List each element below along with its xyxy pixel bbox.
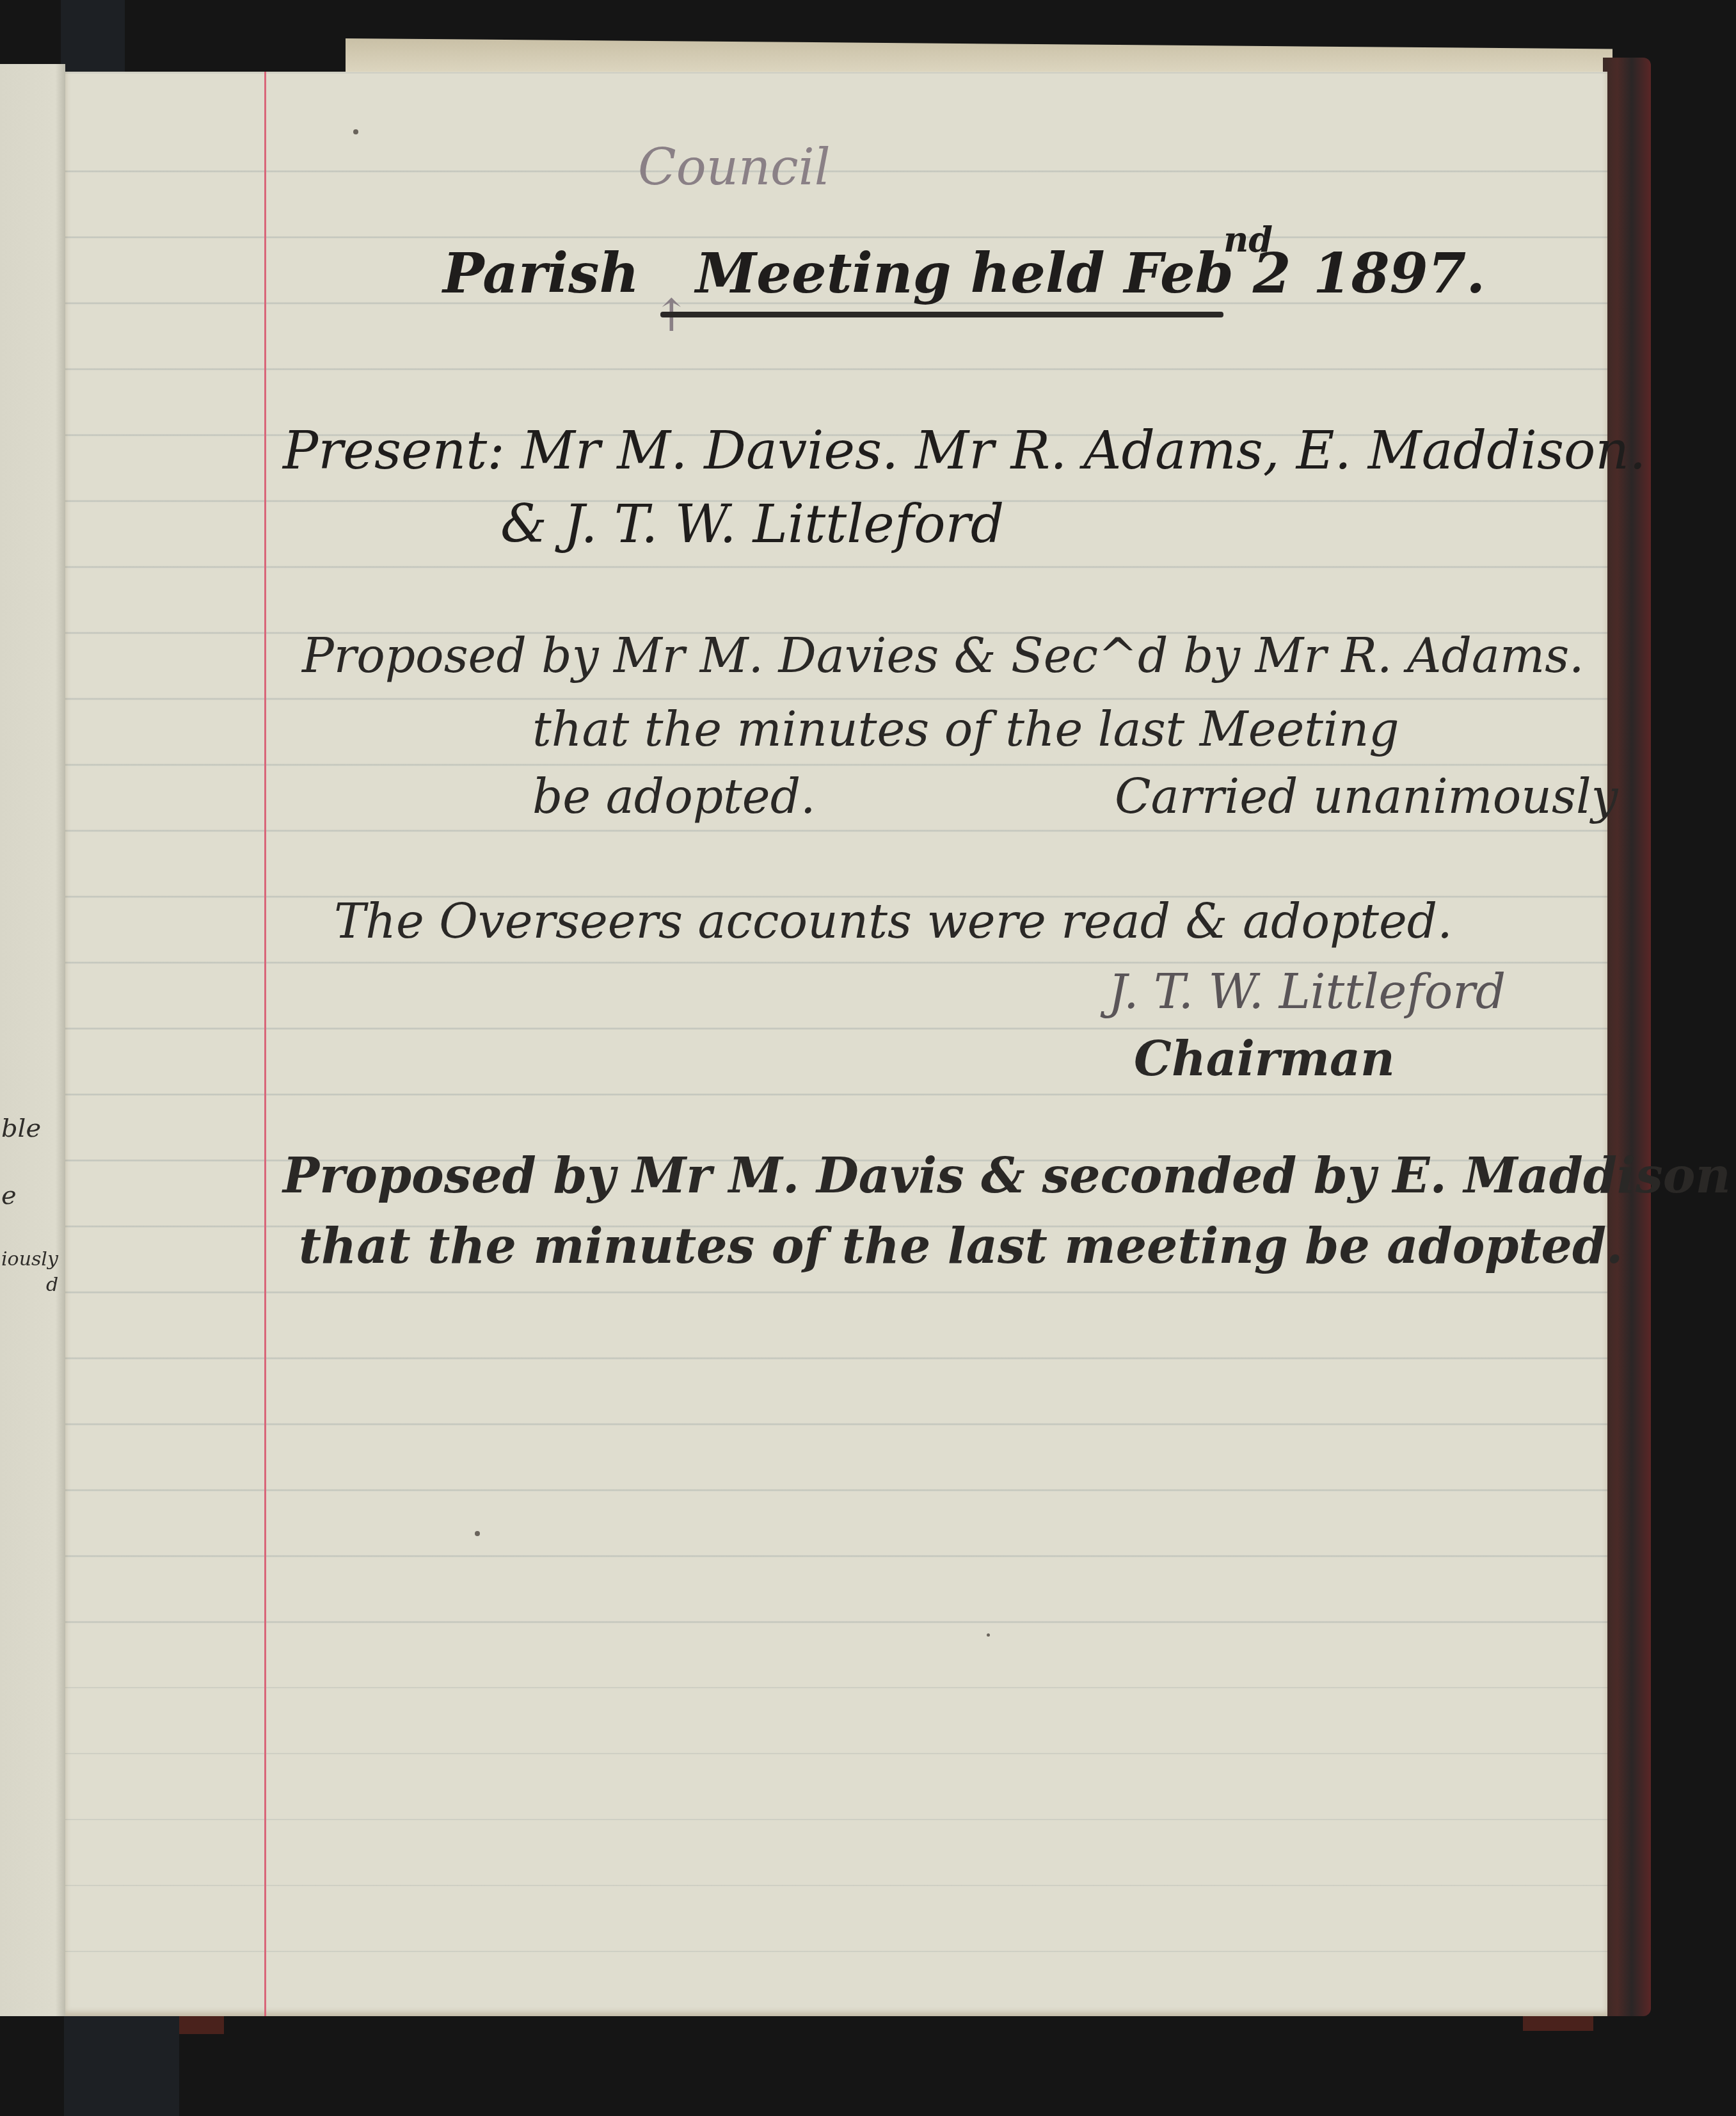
heading-ordinal: nd xyxy=(1223,219,1273,260)
binding-strip-left xyxy=(61,0,125,77)
heading-year: 1897. xyxy=(1313,241,1485,306)
chairman-title: Chairman xyxy=(1134,1032,1395,1087)
book-cover-right-edge xyxy=(1603,58,1651,2016)
left-fragment-3: iously xyxy=(1,1248,58,1270)
page-top-edge xyxy=(346,38,1613,74)
cover-bottom-left xyxy=(179,2016,224,2034)
resolution-1-outcome: Carried unanimously xyxy=(1115,769,1618,824)
heading-parish: Parish xyxy=(443,241,639,306)
present-line-2: & J. T. W. Littleford xyxy=(500,494,1004,555)
council-insertion: Council xyxy=(638,139,831,196)
chairman-signature: J. T. W. Littleford xyxy=(1108,965,1506,1020)
ink-speck xyxy=(353,129,358,134)
red-margin-rule xyxy=(264,72,266,2016)
heading-meeting-held: Meeting held Feb 2 xyxy=(696,241,1291,306)
left-page-fragment: ble e iously d xyxy=(0,64,65,2016)
resolution-1-line-2: that the minutes of the last Meeting xyxy=(532,702,1399,757)
left-fragment-4: d xyxy=(46,1274,58,1296)
ink-speck xyxy=(987,1633,990,1637)
binding-strip-bottom xyxy=(64,2016,179,2116)
resolution-1-line-1: Proposed by Mr M. Davies & Sec^d by Mr R… xyxy=(302,629,1584,684)
present-line-1: Present: Mr M. Davies. Mr R. Adams, E. M… xyxy=(283,421,1646,481)
resolution-2-line-2: that the minutes of the last meeting be … xyxy=(299,1217,1623,1274)
ink-speck xyxy=(475,1531,480,1536)
heading-underline xyxy=(660,312,1223,317)
left-fragment-1: ble xyxy=(1,1114,41,1143)
overseers-accounts-line: The Overseers accounts were read & adopt… xyxy=(334,894,1453,949)
resolution-2-line-1: Proposed by Mr M. Davis & seconded by E.… xyxy=(283,1147,1731,1204)
left-fragment-2: e xyxy=(1,1181,17,1210)
resolution-1-line-3: be adopted. xyxy=(532,769,816,824)
manuscript-page: Council Parish ↑ Meeting held Feb 2 nd 1… xyxy=(65,72,1607,2016)
